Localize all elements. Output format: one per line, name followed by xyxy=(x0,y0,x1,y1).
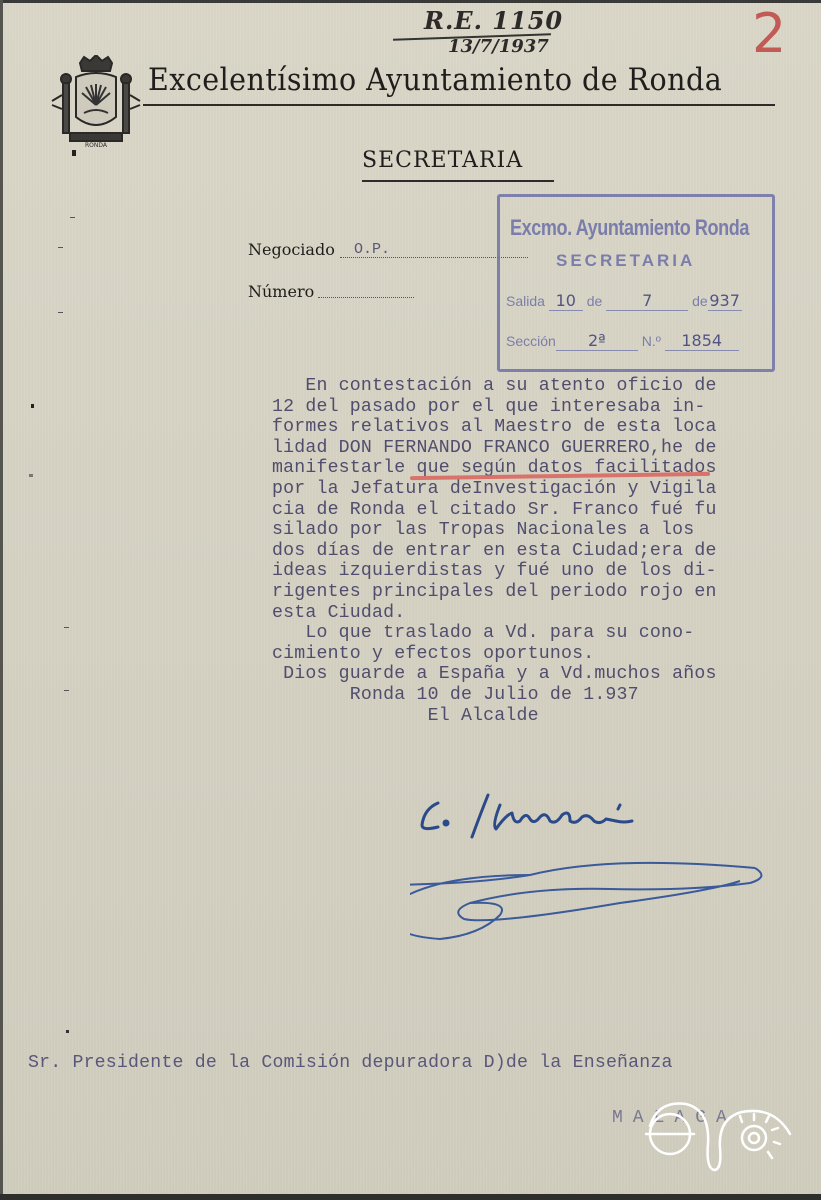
body-line: por la Jefatura deInvestigación y Vigila xyxy=(272,479,820,500)
margin-mark xyxy=(58,247,63,248)
stamp-title: Excmo. Ayuntamiento Ronda xyxy=(510,215,749,241)
stamp-seccion-value: 2ª xyxy=(588,331,606,350)
body-line: ideas izquierdistas y fué uno de los di- xyxy=(272,561,820,582)
letterhead-rule xyxy=(143,104,775,106)
letter-body: En contestación a su atento oficio de12 … xyxy=(272,376,820,726)
svg-text:RONDA: RONDA xyxy=(85,142,108,149)
stamp-salida-day: 10 xyxy=(556,291,576,310)
recipient-line: Sr. Presidente de la Comisión depuradora… xyxy=(28,1053,673,1073)
coat-of-arms-icon: RONDA xyxy=(50,55,142,150)
stamp-salida-year: 937 xyxy=(709,291,740,310)
margin-mark xyxy=(70,217,75,218)
stamp-seccion-row: Sección2ª N.º 1854 xyxy=(506,331,739,351)
body-line: En contestación a su atento oficio de xyxy=(272,376,820,397)
handwritten-reference: R.E. 1150 xyxy=(424,6,563,35)
body-line: Ronda 10 de Julio de 1.937 xyxy=(272,685,820,706)
handwritten-date: 13/7/1937 xyxy=(448,36,549,57)
margin-mark xyxy=(64,690,69,691)
archive-watermark-icon xyxy=(638,1098,798,1178)
numero-label: Número xyxy=(248,282,314,301)
body-line: lidad DON FERNANDO FRANCO GUERRERO,he de xyxy=(272,438,820,459)
ink-speck xyxy=(29,474,33,477)
body-line: dos días de entrar en esta Ciudad;era de xyxy=(272,541,820,562)
body-line: silado por las Tropas Nacionales a los xyxy=(272,520,820,541)
negociado-label: Negociado xyxy=(248,240,335,259)
body-line: El Alcalde xyxy=(272,706,820,727)
stamp-seccion-label: Sección xyxy=(506,333,556,349)
stamp-de-label: de xyxy=(692,293,708,309)
stamp-salida-month: 7 xyxy=(642,291,652,310)
page-number-annotation: 2 xyxy=(752,2,786,65)
numero-line xyxy=(318,297,414,298)
signature-icon xyxy=(410,785,810,965)
body-line: formes relativos al Maestro de esta loca xyxy=(272,417,820,438)
stamp-salida-row: Salida 10 de 7 de937 xyxy=(506,291,742,311)
body-line: esta Ciudad. xyxy=(272,603,820,624)
margin-mark xyxy=(58,312,63,313)
stamp-de-label: de xyxy=(587,293,603,309)
stamp-numero-label: N.º xyxy=(642,333,661,349)
ink-speck xyxy=(66,1030,69,1033)
page-bottom-edge xyxy=(0,1194,821,1200)
department-rule xyxy=(362,180,554,182)
negociado-value: O.P. xyxy=(354,241,390,258)
body-line: cimiento y efectos oportunos. xyxy=(272,644,820,665)
letterhead-title: Excelentísimo Ayuntamiento de Ronda xyxy=(148,62,722,98)
body-line: cia de Ronda el citado Sr. Franco fué fu xyxy=(272,500,820,521)
page-top-edge xyxy=(0,0,821,3)
stamp-numero-value: 1854 xyxy=(681,331,722,350)
ink-speck xyxy=(31,404,34,408)
stamp-salida-label: Salida xyxy=(506,293,545,309)
department-heading: SECRETARIA xyxy=(362,148,523,173)
page-left-edge xyxy=(0,0,3,1200)
margin-mark xyxy=(64,627,69,628)
registry-stamp: Excmo. Ayuntamiento Ronda SECRETARIA Sal… xyxy=(497,194,775,372)
body-line: Dios guarde a España y a Vd.muchos años xyxy=(272,664,820,685)
stamp-subtitle: SECRETARIA xyxy=(556,251,695,271)
body-line: Lo que traslado a Vd. para su cono- xyxy=(272,623,820,644)
ink-speck xyxy=(72,150,76,156)
body-line: 12 del pasado por el que interesaba in- xyxy=(272,397,820,418)
body-line: rigentes principales del periodo rojo en xyxy=(272,582,820,603)
